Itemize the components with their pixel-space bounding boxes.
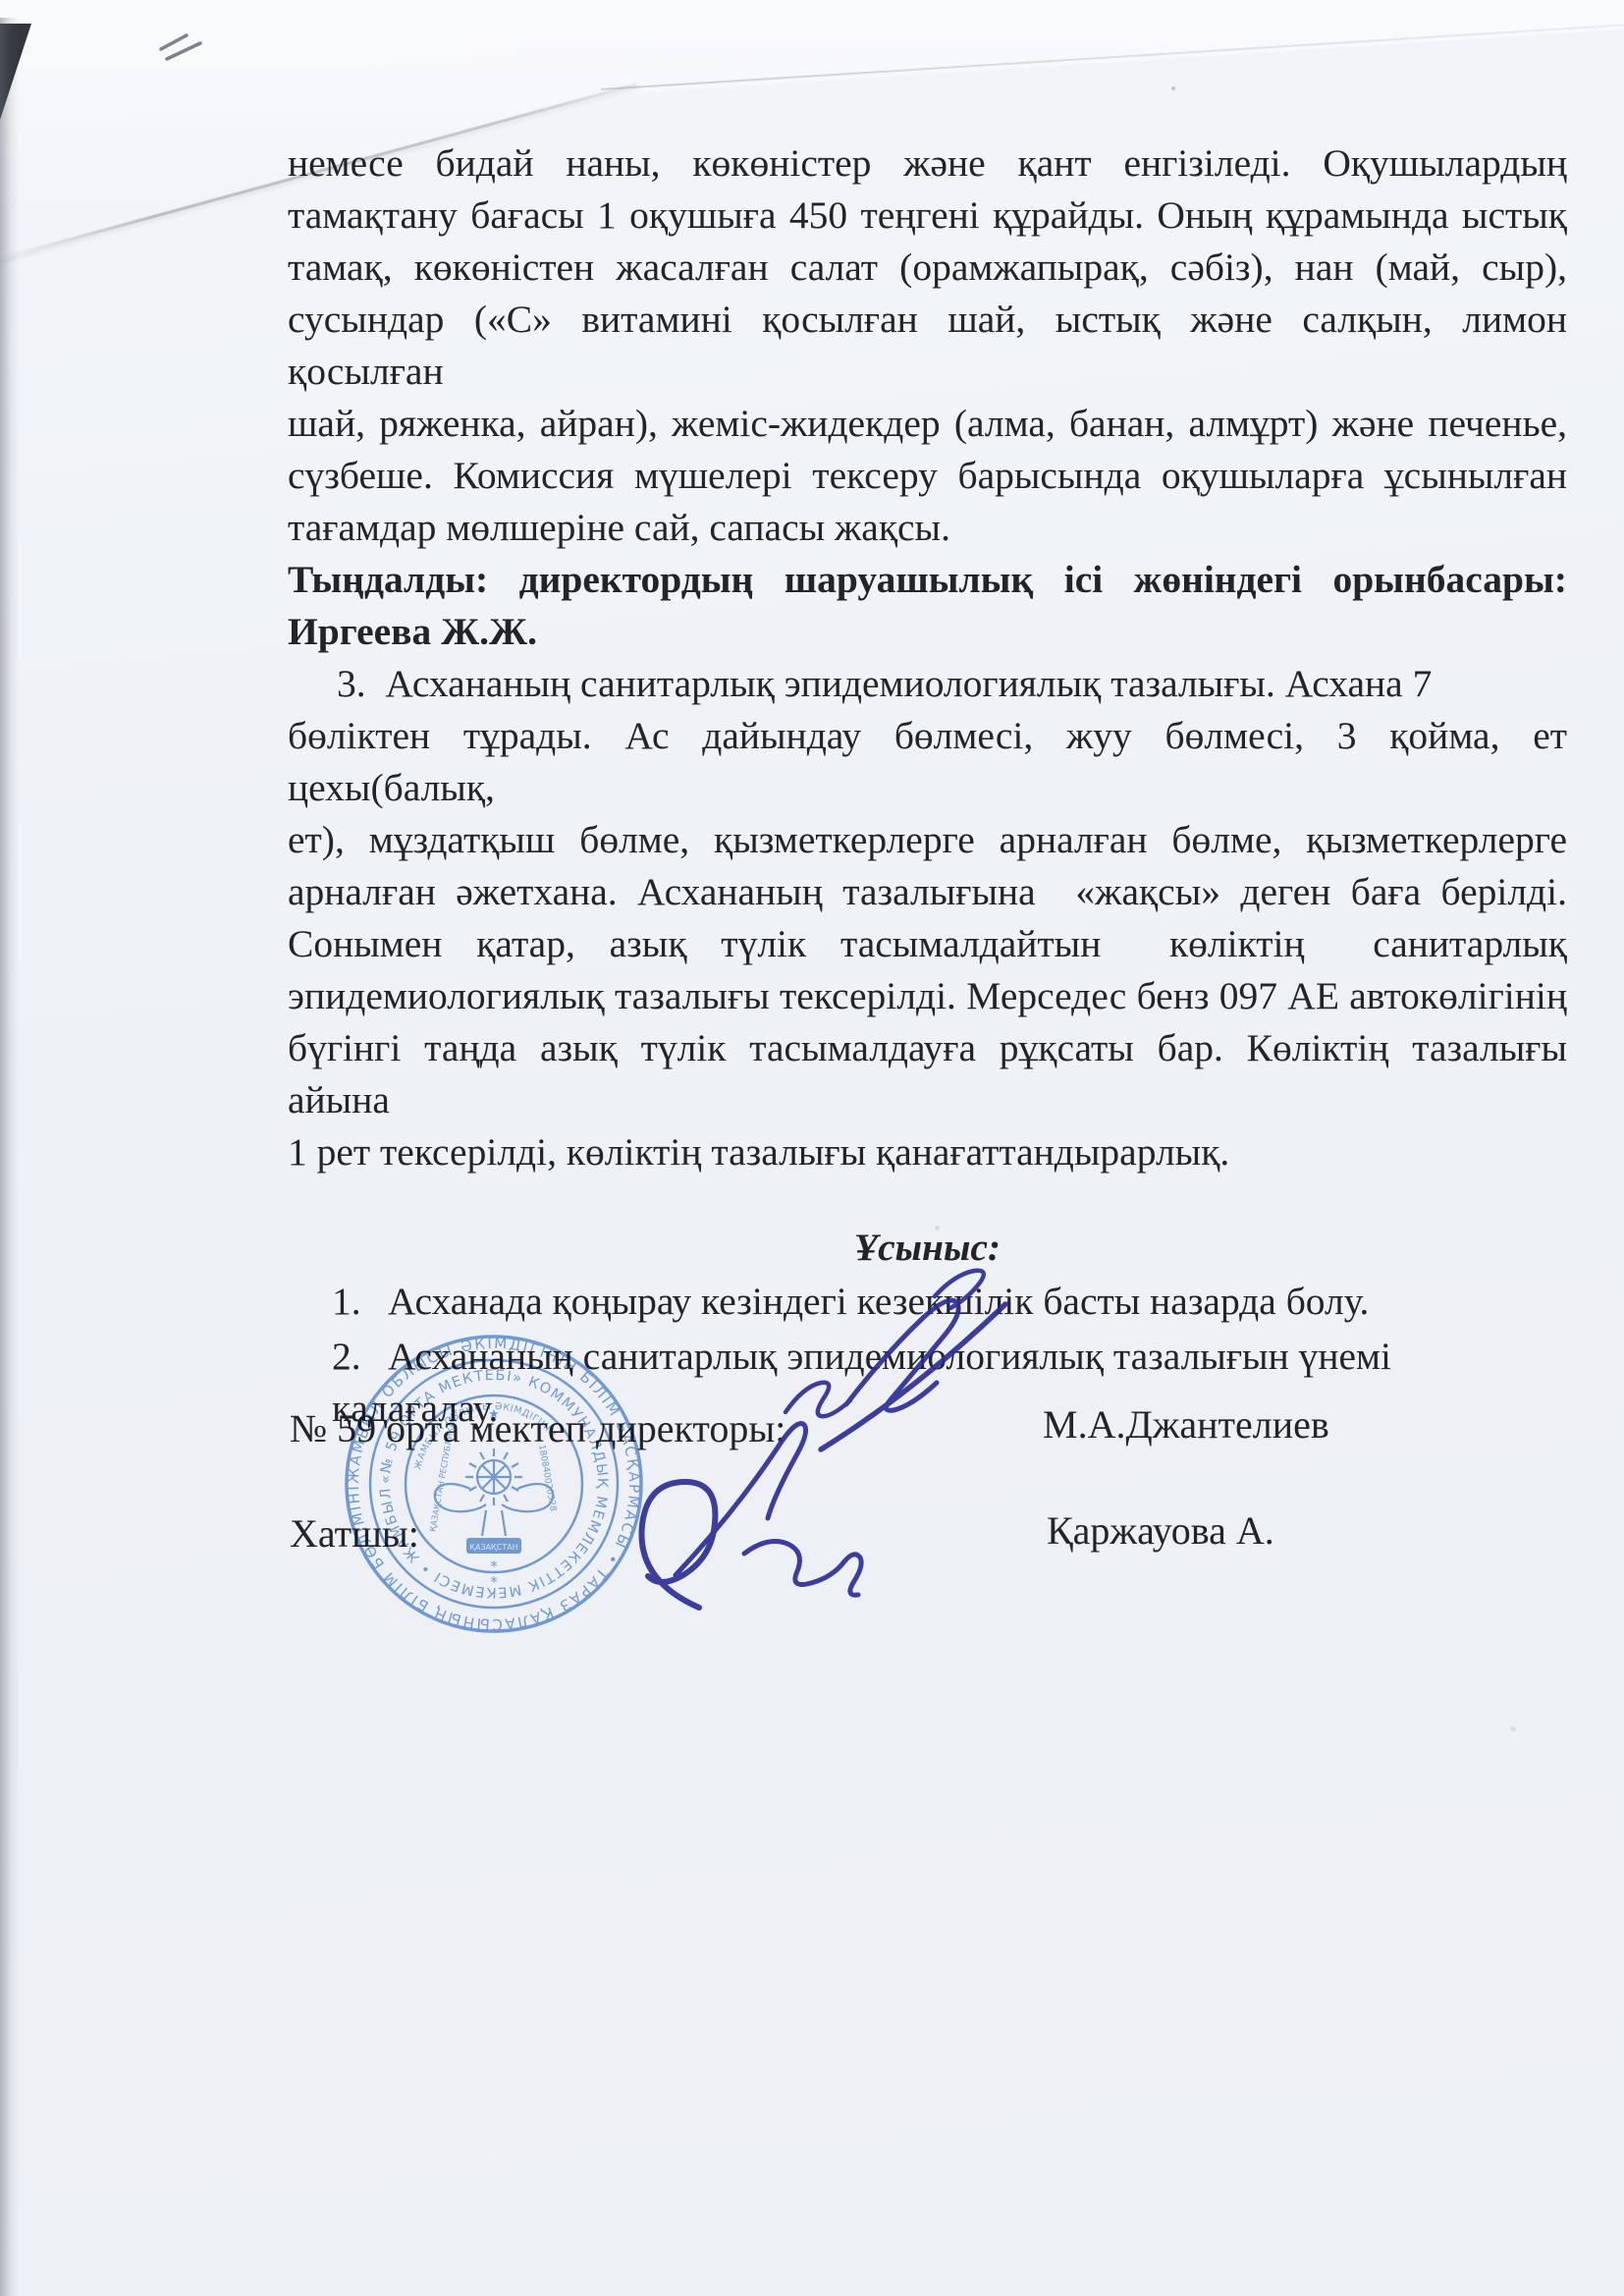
text-line: тағамдар мөлшеріне сай, сапасы жақсы. (288, 502, 1567, 554)
proposal-item: 1.Асханада қоңырау кезіндегі кезекшілік … (332, 1276, 1567, 1328)
svg-text:*: * (490, 1573, 498, 1591)
paper-crease (601, 23, 1624, 90)
text-line: бөліктен тұрады. Ас дайындау бөлмесі, жу… (288, 710, 1567, 814)
text-line: арналған әжетхана. Асхананың тазалығына … (288, 866, 1567, 918)
secretary-name: Қаржауова А. (1047, 1508, 1274, 1554)
proposal-heading: Ұсыныс: (288, 1222, 1567, 1274)
text-line: немесе бидай наны, көкөністер және қант … (288, 137, 1567, 190)
svg-text:★: ★ (488, 1407, 500, 1422)
document-body: немесе бидай наны, көкөністер және қант … (288, 137, 1567, 1438)
paragraph-canteen-inspection: бөліктен тұрады. Ас дайындау бөлмесі, жу… (288, 710, 1567, 1178)
official-round-stamp: ЖАМБЫЛ ОБЛЫСЫ ӘКІМДІГІНІҢ БІЛІМ БАСҚАРМА… (334, 1324, 654, 1644)
paragraph-heard: Тыңдалды: директордың шаруашылық ісі жөн… (288, 554, 1567, 658)
stamp-region-arc-text: ЖАМБЫЛ ОБЛЫСЫ ӘКІМДІГІНІҢ (412, 1401, 559, 1471)
paper-edge-shadow (0, 18, 20, 2296)
text-line: эпидемиологиялық тазалығы тексерілді. Ме… (288, 970, 1567, 1022)
text-line: сүзбеше. Комиссия мүшелері тексеру барыс… (288, 450, 1567, 502)
text-line: Иргеева Ж.Ж. (288, 606, 1567, 658)
text-line: шай, ряженка, айран), жеміс-жидекдер (ал… (288, 398, 1567, 450)
text-line: ет), мұздатқыш бөлме, қызметкерлерге арн… (288, 814, 1567, 866)
svg-text:ҚАЗАҚСТАН: ҚАЗАҚСТАН (469, 1543, 517, 1552)
paper-speck (1171, 86, 1175, 90)
text-line: сусындар («С» витамині қосылған шай, ыст… (288, 294, 1567, 398)
proposal-text: Асханада қоңырау кезіндегі кезекшілік ба… (388, 1280, 1369, 1323)
paragraph-meal-description: немесе бидай наны, көкөністер және қант … (288, 137, 1567, 554)
text-line: Сонымен қатар, азық түлік тасымалдайтын … (288, 918, 1567, 970)
staple-mark (155, 27, 212, 69)
text-line: Тыңдалды: директордың шаруашылық ісі жөн… (288, 554, 1567, 606)
stamp-bsn-number: 180840020328 (536, 1444, 558, 1512)
kazakhstan-emblem (435, 1449, 553, 1536)
text-line: тамақтану бағасы 1 оқушыға 450 теңгені қ… (288, 190, 1567, 242)
paper-speck (1510, 1726, 1516, 1731)
director-name: М.А.Джантелиев (1043, 1402, 1329, 1448)
scanned-document-page: немесе бидай наны, көкөністер және қант … (0, 0, 1624, 2296)
item3-heading-line: 3. Асхананың санитарлық эпидемиологиялық… (288, 658, 1567, 710)
text-line: тамақ, көкөністен жасалған салат (орамжа… (288, 242, 1567, 294)
text-line: 1 рет тексерілді, көліктің тазалығы қана… (288, 1126, 1567, 1178)
text-line: бүгінгі таңда азық түлік тасымалдауға рұ… (288, 1022, 1567, 1126)
proposal-number: 1. (332, 1276, 388, 1328)
